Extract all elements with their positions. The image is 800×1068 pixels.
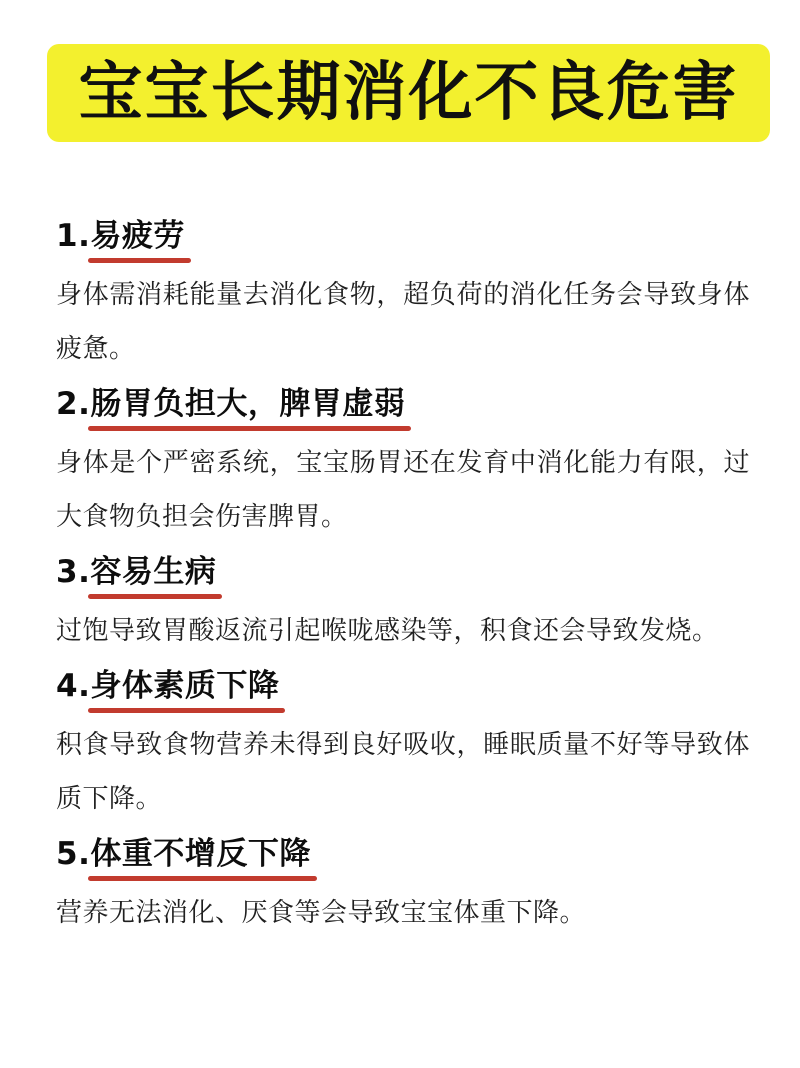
- section-title: 体重不增反下降: [90, 834, 311, 874]
- section-title-text: 肠胃负担大，脾胃虚弱: [90, 386, 405, 422]
- section-heading: 4.身体素质下降: [56, 666, 750, 706]
- section-title: 易疲劳: [90, 216, 185, 256]
- section-title: 身体素质下降: [90, 666, 279, 706]
- section-number: 1.: [56, 216, 90, 256]
- section-heading: 1.易疲劳: [56, 216, 750, 256]
- heading-underline: [88, 258, 191, 263]
- page-title: 宝宝长期消化不良危害: [79, 61, 739, 125]
- heading-underline: [88, 876, 317, 881]
- heading-underline: [88, 708, 285, 713]
- section-body: 营养无法消化、厌食等会导致宝宝体重下降。: [56, 886, 750, 940]
- section-title: 肠胃负担大，脾胃虚弱: [90, 384, 405, 424]
- heading-underline: [88, 594, 222, 599]
- section-physical-decline: 4.身体素质下降 积食导致食物营养未得到良好吸收，睡眠质量不好等导致体质下降。: [56, 666, 750, 826]
- section-body: 过饱导致胃酸返流引起喉咙感染等，积食还会导致发烧。: [56, 604, 750, 658]
- section-stomach-burden: 2.肠胃负担大，脾胃虚弱 身体是个严密系统，宝宝肠胃还在发育中消化能力有限，过大…: [56, 384, 750, 544]
- section-number: 2.: [56, 384, 90, 424]
- section-heading: 2.肠胃负担大，脾胃虚弱: [56, 384, 750, 424]
- section-easily-sick: 3.容易生病 过饱导致胃酸返流引起喉咙感染等，积食还会导致发烧。: [56, 552, 750, 658]
- title-banner: 宝宝长期消化不良危害: [47, 44, 770, 142]
- section-body: 积食导致食物营养未得到良好吸收，睡眠质量不好等导致体质下降。: [56, 718, 750, 826]
- section-body: 身体是个严密系统，宝宝肠胃还在发育中消化能力有限，过大食物负担会伤害脾胃。: [56, 436, 750, 544]
- section-title-text: 体重不增反下降: [90, 836, 311, 872]
- section-title-text: 身体素质下降: [90, 668, 279, 704]
- section-heading: 3.容易生病: [56, 552, 750, 592]
- section-weight-loss: 5.体重不增反下降 营养无法消化、厌食等会导致宝宝体重下降。: [56, 834, 750, 940]
- infographic-page: 宝宝长期消化不良危害 1.易疲劳 身体需消耗能量去消化食物，超负荷的消化任务会导…: [0, 0, 800, 1068]
- section-number: 3.: [56, 552, 90, 592]
- section-number: 5.: [56, 834, 90, 874]
- section-fatigue: 1.易疲劳 身体需消耗能量去消化食物，超负荷的消化任务会导致身体疲惫。: [56, 216, 750, 376]
- section-heading: 5.体重不增反下降: [56, 834, 750, 874]
- section-body: 身体需消耗能量去消化食物，超负荷的消化任务会导致身体疲惫。: [56, 268, 750, 376]
- section-title-text: 易疲劳: [90, 218, 185, 254]
- content-area: 1.易疲劳 身体需消耗能量去消化食物，超负荷的消化任务会导致身体疲惫。 2.肠胃…: [0, 142, 800, 940]
- section-title-text: 容易生病: [90, 554, 216, 590]
- heading-underline: [88, 426, 411, 431]
- section-number: 4.: [56, 666, 90, 706]
- section-title: 容易生病: [90, 552, 216, 592]
